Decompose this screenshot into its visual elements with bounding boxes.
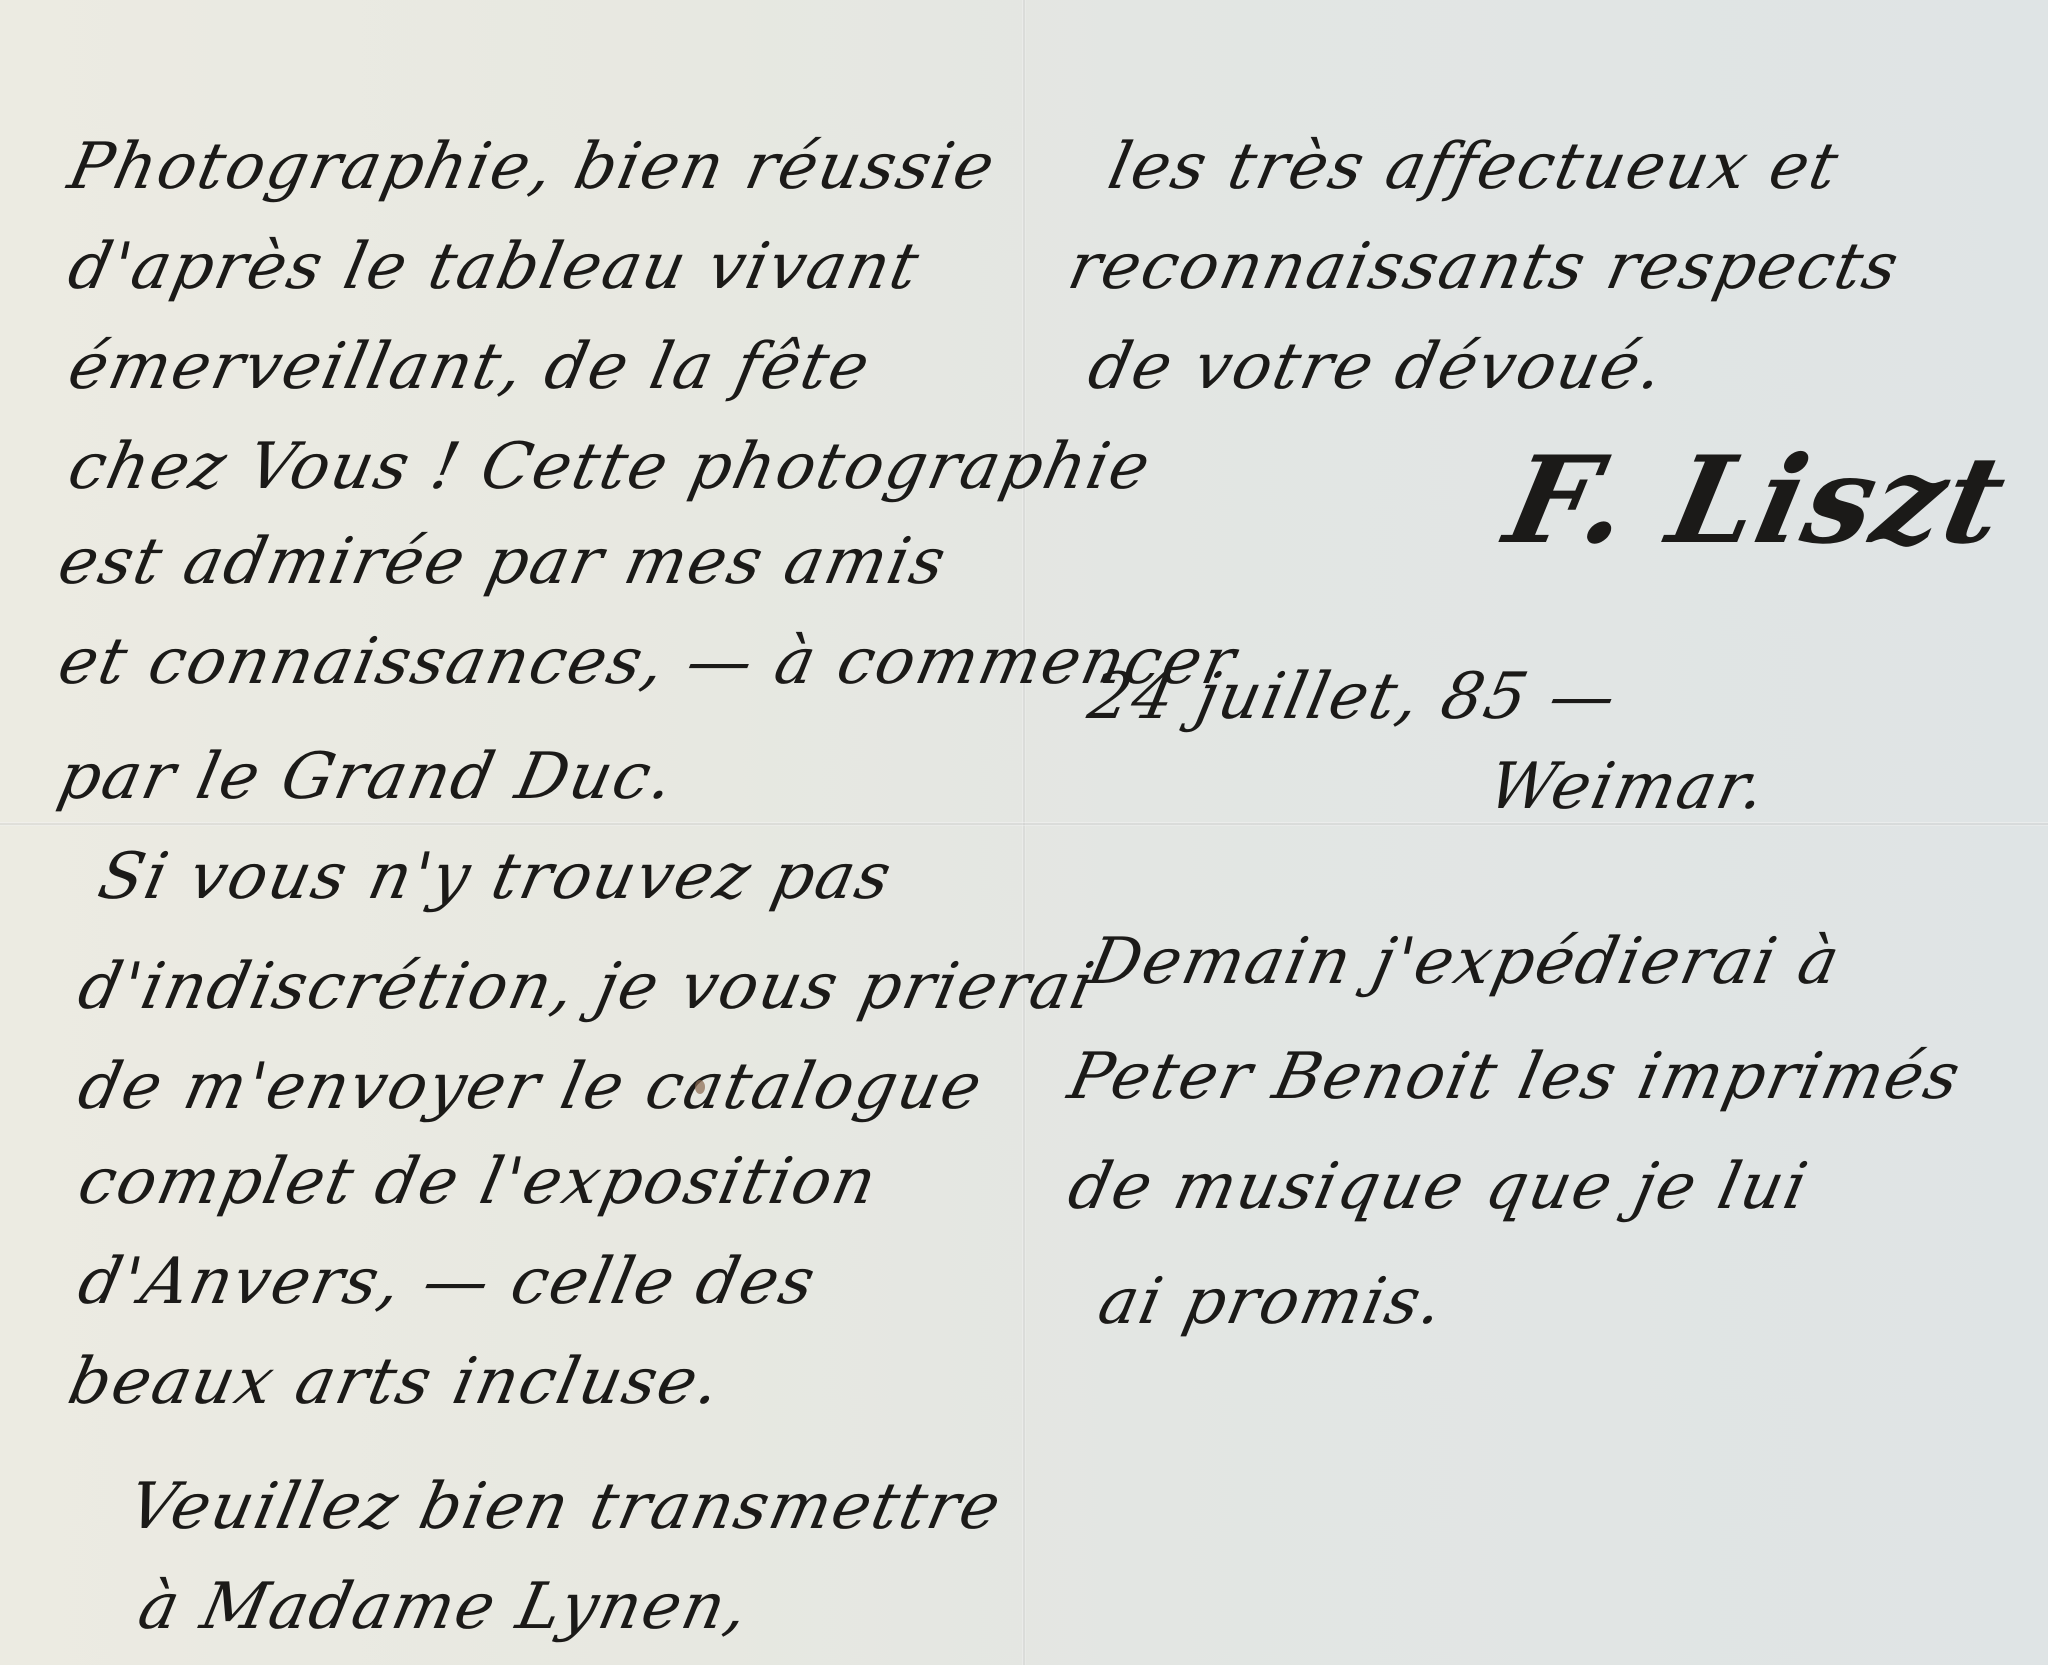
letter-line: chez Vous ! Cette photographie (62, 430, 1158, 504)
letter-line: est admirée par mes amis (52, 525, 953, 599)
postscript-line: de musique que je lui (1062, 1150, 1815, 1224)
letter-line: de votre dévoué. (1082, 330, 1671, 404)
letter-line: d'indiscrétion, je vous prierai (72, 950, 1101, 1024)
letter-line: d'Anvers, — celle des (72, 1245, 823, 1319)
letter-line: de m'envoyer le catalogue (72, 1050, 990, 1124)
letter-line: beaux arts incluse. (62, 1345, 728, 1419)
letter-line: Veuillez bien transmettre (122, 1470, 1008, 1544)
letter-line: Photographie, bien réussie (62, 130, 1002, 204)
signature: F. Liszt (1495, 430, 2019, 571)
letter-date: 24 juillet, 85 — (1082, 660, 1624, 734)
letter-line: émerveillant, de la fête (62, 330, 877, 404)
postscript-line: Peter Benoit les imprimés (1062, 1040, 1968, 1114)
letter-line: à Madame Lynen, (132, 1570, 756, 1644)
ink-stain (695, 1080, 705, 1094)
letter-line: les très affectueux et (1102, 130, 1846, 204)
postscript-line: Demain j'expédierai à (1082, 925, 1847, 999)
letter-line: reconnaissants respects (1062, 230, 1906, 304)
letter-line: et connaissances, — à commencer (52, 625, 1243, 699)
letter-line: Si vous n'y trouvez pas (92, 840, 899, 914)
letter-line: par le Grand Duc. (52, 740, 682, 814)
vertical-paper-fold (1022, 0, 1026, 1665)
letter-line: d'après le tableau vivant (62, 230, 927, 304)
letter-line: complet de l'exposition (72, 1145, 884, 1219)
postscript-line: ai promis. (1092, 1265, 1451, 1339)
letter-place: Weimar. (1482, 750, 1773, 824)
